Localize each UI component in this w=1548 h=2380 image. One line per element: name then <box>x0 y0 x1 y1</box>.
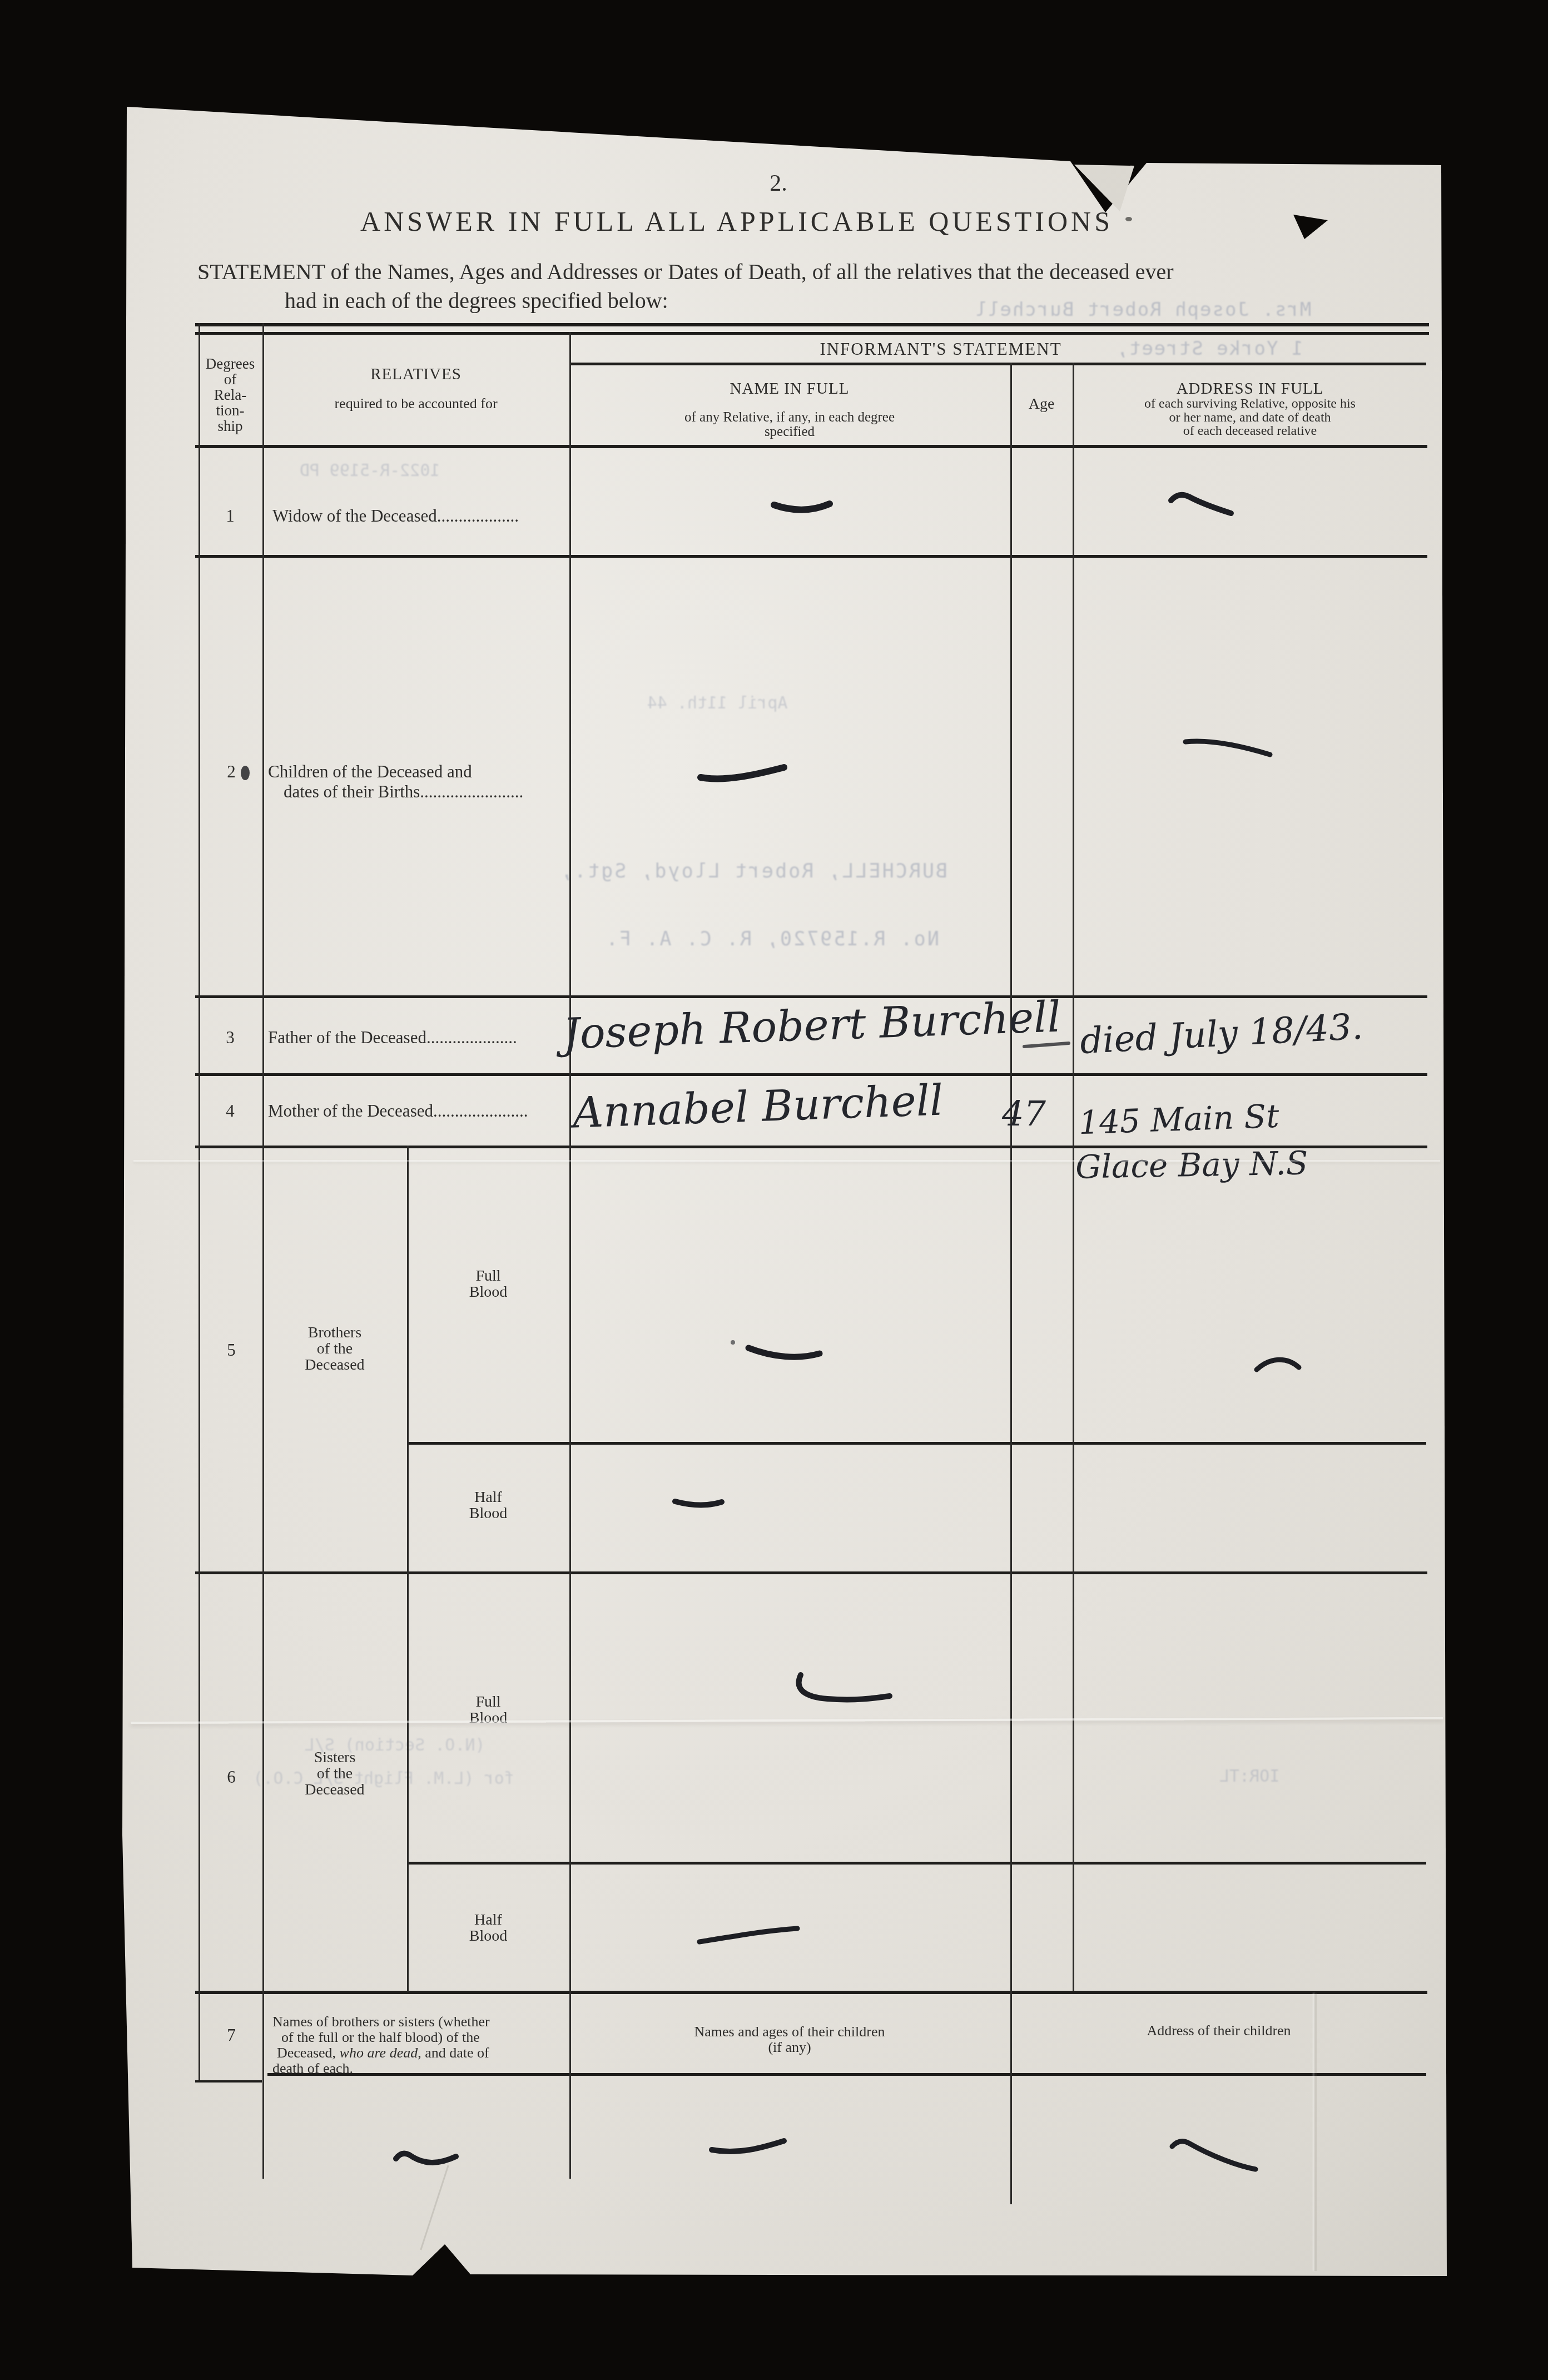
relatives-header-sub: required to be accounted for <box>334 396 497 411</box>
row6-blood-divider-rule <box>407 1862 1426 1865</box>
row2-degree-number: 2 <box>227 763 236 781</box>
row7-label-line3c: , and date of <box>418 2045 489 2061</box>
row5-degree-number: 5 <box>227 1341 236 1360</box>
name-header-sub1: of any Relative, if any, in each degree <box>684 410 895 425</box>
bleed-through-addressee-street: 1 Yorke Street, <box>1115 339 1303 358</box>
row5-full-blood-line1: Full <box>475 1268 500 1284</box>
bleed-through-file-number: 1022-R-5199 PD <box>300 463 440 479</box>
row2-address-dash <box>1185 741 1270 755</box>
relatives-name-divider <box>569 332 571 2179</box>
row7-header-rule <box>267 2073 1426 2076</box>
statement-paragraph-line2: had in each of the degrees specified bel… <box>285 289 668 313</box>
row7-name-dash <box>712 2141 784 2151</box>
degrees-header-line1: Degrees <box>206 356 255 371</box>
row6-half-blood-line2: Blood <box>469 1928 507 1944</box>
address-header-sub2: or her name, and date of death <box>1169 411 1331 425</box>
bleed-through-service-number: No. R.159720, R. C. A. F. <box>604 930 939 949</box>
degrees-header-line3: Rela- <box>214 387 246 403</box>
row6-label-line3: Deceased <box>305 1782 364 1798</box>
bleed-through-initials: IOR:TL <box>1219 1768 1279 1785</box>
row7-label-line3a: Deceased, <box>277 2045 340 2061</box>
row6-label-line2: of the <box>317 1766 353 1782</box>
bleed-through-addressee-name: Mrs. Joseph Robert Burchell <box>974 300 1312 319</box>
row6-full-blood-line2: Blood <box>469 1710 507 1726</box>
row4-degree-number: 4 <box>226 1102 235 1120</box>
horizontal-fold-crease <box>131 1717 1443 1724</box>
row1-label: Widow of the Deceased................... <box>272 507 519 525</box>
row6-bottom-rule <box>195 1991 1427 1994</box>
name-header-sub2: specified <box>765 425 815 439</box>
row2-label-line2: dates of their Births...................… <box>284 783 523 801</box>
row7-label-line1: Names of brothers or sisters (whether <box>272 2014 490 2029</box>
page-number: 2. <box>770 171 787 196</box>
row5-blood-divider-rule <box>407 1442 1426 1445</box>
row5-full-blood-line2: Blood <box>469 1284 507 1300</box>
scanned-form-page: Mrs. Joseph Robert Burchell 1 Yorke Stre… <box>0 0 1548 2380</box>
degrees-header-line2: of <box>224 371 237 387</box>
row5-ink-dot <box>731 1340 735 1345</box>
row6-full-name-dash <box>799 1675 890 1699</box>
row5-label-line3: Deceased <box>305 1357 364 1373</box>
row5-half-blood-line1: Half <box>474 1489 502 1505</box>
bleed-through-signature-note: for (L.M. Flight S/L C.O.) <box>253 1771 514 1787</box>
row6-label-line1: Sisters <box>314 1749 356 1766</box>
row7-children-names-header-line1: Names and ages of their children <box>694 2024 885 2039</box>
name-header-title: NAME IN FULL <box>730 380 850 397</box>
vertical-crease <box>1314 1993 1317 2271</box>
row6-half-name-dash <box>699 1928 797 1942</box>
degrees-relatives-divider <box>262 323 264 2179</box>
row7-degree-number: 7 <box>227 2026 236 2045</box>
address-header-sub1: of each surviving Relative, opposite his <box>1144 397 1356 411</box>
row2-bottom-rule <box>195 995 1427 998</box>
page-title: ANSWER IN FULL ALL APPLICABLE QUESTIONS <box>360 207 1113 236</box>
row7-label-line3: Deceased, who are dead, and date of <box>277 2045 489 2060</box>
row7-label-line4: death of each. <box>272 2061 353 2076</box>
row7-children-address-header: Address of their children <box>1147 2023 1291 2038</box>
row4-label: Mother of the Deceased..................… <box>268 1102 528 1120</box>
bottom-corner-crease <box>420 2165 449 2250</box>
table-left-border <box>199 323 200 2080</box>
informant-statement-rule <box>569 363 1426 365</box>
address-header-title: ADDRESS IN FULL <box>1177 380 1324 397</box>
row3-degree-number: 3 <box>226 1029 235 1047</box>
row7-children-names-header-line2: (if any) <box>768 2040 811 2055</box>
age-address-divider <box>1073 363 1074 1991</box>
row1-name-dash <box>774 504 830 510</box>
row5-half-name-dash <box>675 1501 722 1505</box>
row2-number-smudge <box>241 766 250 780</box>
table-top-rule-lower <box>195 332 1429 335</box>
address-header-sub3: of each deceased relative <box>1183 424 1317 438</box>
age-header-title: Age <box>1029 396 1055 412</box>
header-bottom-rule <box>195 445 1427 448</box>
row5-full-address-dash <box>1257 1360 1299 1370</box>
blood-subcolumn-divider <box>407 1146 409 1992</box>
bleed-through-date-note: April 11th. 44 <box>647 695 788 712</box>
row4-handwritten-name: Annabel Burchell <box>572 1079 944 1134</box>
row4-handwritten-age: 47 <box>1002 1097 1046 1131</box>
row7-label-line3b-italic: who are dead <box>340 2045 418 2061</box>
row7-label-line2: of the full or the half blood) of the <box>281 2030 480 2045</box>
row6-full-blood-line1: Full <box>475 1694 500 1710</box>
row3-died-dash <box>1024 1043 1069 1047</box>
name-age-divider <box>1010 363 1012 2204</box>
row4-handwritten-address-line1: 145 Main St <box>1078 1100 1279 1139</box>
row5-label-line2: of the <box>317 1341 353 1357</box>
ink-speck <box>1125 217 1132 221</box>
row6-degree-number: 6 <box>227 1768 236 1787</box>
statement-paragraph-line1: STATEMENT of the Names, Ages and Address… <box>197 260 1174 284</box>
row7-header-rule-fragment <box>195 2080 262 2082</box>
row3-label: Father of the Deceased..................… <box>268 1029 517 1047</box>
relatives-header-title: RELATIVES <box>370 366 462 383</box>
table-top-rule-upper <box>195 323 1429 326</box>
row4-handwritten-address-line2: Glace Bay N.S <box>1075 1147 1308 1183</box>
row3-handwritten-address: died July 18/43. <box>1079 1009 1364 1060</box>
degrees-header-line5: ship <box>217 418 242 434</box>
row2-label-line1: Children of the Deceased and <box>268 763 472 781</box>
row5-bottom-rule <box>195 1571 1427 1574</box>
row3-bottom-rule <box>195 1073 1427 1076</box>
row1-degree-number: 1 <box>226 507 235 525</box>
informants-statement-header: INFORMANT'S STATEMENT <box>820 340 1061 359</box>
row5-label-line1: Brothers <box>308 1325 361 1341</box>
row7-relatives-dash <box>396 2154 456 2163</box>
paper-sheet: Mrs. Joseph Robert Burchell 1 Yorke Stre… <box>0 0 1548 2380</box>
row2-name-dash <box>701 767 784 779</box>
row3-handwritten-name: Joseph Robert Burchell <box>562 995 1061 1055</box>
row1-bottom-rule <box>195 555 1427 558</box>
row6-half-blood-line1: Half <box>474 1912 502 1928</box>
row7-address-dash <box>1172 2141 1256 2169</box>
bleed-through-deceased-name: BURCHELL, Robert Lloyd, Sgt., <box>559 862 947 881</box>
row5-full-name-dash <box>748 1348 820 1357</box>
row1-address-dash <box>1171 495 1231 513</box>
row5-half-blood-line2: Blood <box>469 1505 507 1521</box>
degrees-header-line4: tion- <box>216 403 245 418</box>
